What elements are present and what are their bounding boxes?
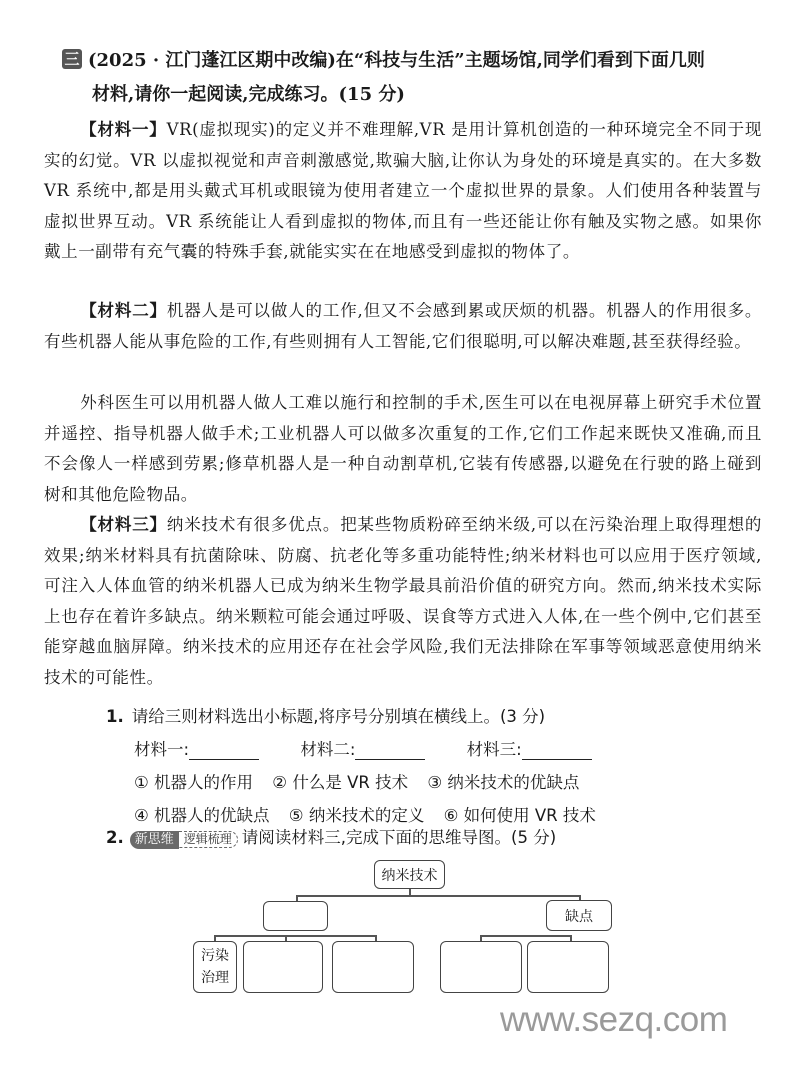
blank-material-two: 材料二: bbox=[300, 733, 425, 766]
question-1: 1.请给三则材料选出小标题,将序号分别填在横线上。(3 分) 材料一: 材料二:… bbox=[106, 700, 628, 832]
material-two-continued: 外科医生可以用机器人做人工难以施行和控制的手术,医生可以在电视屏幕上研究手术位置… bbox=[44, 388, 762, 510]
option-1: ① 机器人的作用 bbox=[134, 766, 253, 799]
question-2: 2.新思维逻辑梳理请阅读材料三,完成下面的思维导图。(5 分) bbox=[106, 824, 556, 852]
material-two-continued-text: 外科医生可以用机器人做人工难以施行和控制的手术,医生可以在电视屏幕上研究手术位置… bbox=[44, 393, 762, 504]
blank-label: 材料二: bbox=[300, 740, 355, 759]
mindmap-leaf-pollution: 污染治理 bbox=[193, 941, 237, 993]
question-1-number: 1. bbox=[106, 707, 124, 726]
material-three: 【材料三】纳米技术有很多优点。把某些物质粉碎至纳米级,可以在污染治理上取得理想的… bbox=[44, 510, 762, 693]
material-three-text: 纳米技术有很多优点。把某些物质粉碎至纳米级,可以在污染治理上取得理想的效果;纳米… bbox=[44, 515, 762, 687]
material-three-tag: 【材料三】 bbox=[80, 515, 167, 534]
option-3: ③ 纳米技术的优缺点 bbox=[427, 766, 579, 799]
material-one-text: VR(虚拟现实)的定义并不难理解,VR 是用计算机创造的一种环境完全不同于现实的… bbox=[44, 120, 762, 261]
question-header: 三(2025 · 江门蓬江区期中改编)在“科技与生活”主题场馆,同学们看到下面几… bbox=[62, 44, 762, 112]
mindmap-leaf-label: 污染治理 bbox=[197, 945, 233, 989]
mindmap-leaf-right-1[interactable] bbox=[440, 941, 522, 993]
answer-line[interactable] bbox=[189, 741, 259, 760]
connector bbox=[480, 935, 570, 937]
question-1-prompt: 请给三则材料选出小标题,将序号分别填在横线上。(3 分) bbox=[132, 707, 545, 726]
mindmap-leaf-right-2[interactable] bbox=[527, 941, 609, 993]
answer-line[interactable] bbox=[522, 741, 592, 760]
material-one-tag: 【材料一】 bbox=[80, 120, 167, 139]
mindmap-leaf-left-2[interactable] bbox=[243, 941, 323, 993]
option-2: ② 什么是 VR 技术 bbox=[272, 766, 408, 799]
connector bbox=[214, 935, 375, 937]
worksheet-page: 三(2025 · 江门蓬江区期中改编)在“科技与生活”主题场馆,同学们看到下面几… bbox=[0, 0, 800, 1068]
blank-material-three: 材料三: bbox=[467, 733, 592, 766]
question-header-line1: (2025 · 江门蓬江区期中改编)在“科技与生活”主题场馆,同学们看到下面几则 bbox=[88, 50, 705, 71]
blank-label: 材料一: bbox=[134, 740, 189, 759]
question-header-line2: 材料,请你一起阅读,完成练习。(15 分) bbox=[62, 78, 762, 112]
mindmap-root: 纳米技术 bbox=[374, 860, 445, 889]
material-two: 【材料二】机器人是可以做人的工作,但又不会感到累或厌烦的机器。机器人的作用很多。… bbox=[44, 296, 762, 357]
answer-blanks: 材料一: 材料二: 材料三: bbox=[106, 733, 628, 766]
question-2-number: 2. bbox=[106, 828, 124, 847]
options-row-1: ① 机器人的作用 ② 什么是 VR 技术 ③ 纳米技术的优缺点 bbox=[106, 766, 628, 799]
logic-badge: 逻辑梳理 bbox=[179, 831, 238, 848]
material-two-tag: 【材料二】 bbox=[80, 301, 167, 320]
blank-label: 材料三: bbox=[467, 740, 522, 759]
mindmap-right-branch: 缺点 bbox=[546, 900, 612, 931]
mindmap-left-branch[interactable] bbox=[263, 901, 328, 931]
material-one: 【材料一】VR(虚拟现实)的定义并不难理解,VR 是用计算机创造的一种环境完全不… bbox=[44, 115, 762, 268]
new-thinking-badge: 新思维 bbox=[130, 831, 179, 849]
question-2-prompt: 请阅读材料三,完成下面的思维导图。(5 分) bbox=[242, 828, 556, 847]
connector bbox=[296, 895, 579, 897]
mindmap-right-branch-label: 缺点 bbox=[565, 906, 593, 926]
mindmap-leaf-left-3[interactable] bbox=[332, 941, 414, 993]
blank-material-one: 材料一: bbox=[134, 733, 259, 766]
question-number-badge: 三 bbox=[62, 49, 82, 69]
watermark: www.sezq.com bbox=[500, 1000, 727, 1040]
answer-line[interactable] bbox=[355, 741, 425, 760]
mindmap-root-label: 纳米技术 bbox=[382, 865, 438, 885]
